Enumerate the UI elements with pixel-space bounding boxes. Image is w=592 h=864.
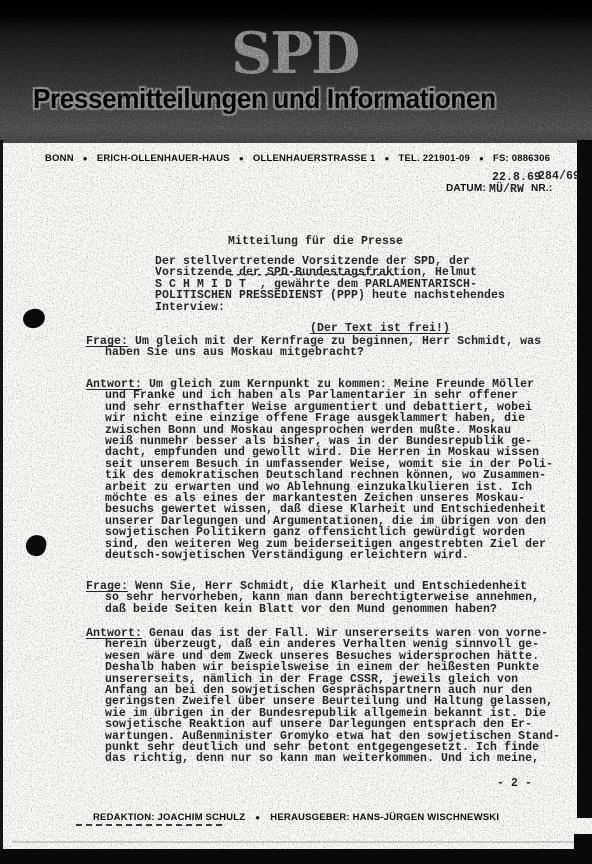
nr-value: 284/69 bbox=[538, 171, 580, 182]
row-item: BONN bbox=[45, 153, 74, 164]
masthead-noise-texture bbox=[0, 0, 592, 143]
frage-block: Frage: Wenn Sie, Herr Schmidt, die Klarh… bbox=[86, 581, 539, 615]
row-item: HERAUSGEBER: HANS-JÜRGEN WISCHNEWSKI bbox=[270, 812, 499, 823]
text-line: das richtig, denn nur so kann man weiter… bbox=[105, 753, 560, 764]
address-line: BONN●ERICH-OLLENHAUER-HAUS●OLLENHAUERSTR… bbox=[45, 153, 550, 164]
press-release-page: SPD Pressemitteilungen und Informationen… bbox=[0, 0, 592, 864]
datum-label: DATUM: bbox=[446, 183, 486, 194]
doc-title-text: Mitteilung für die Presse bbox=[228, 236, 403, 247]
punch-hole-bottom bbox=[24, 534, 47, 558]
text-line: sowjetischen Politikern ganz offensichtl… bbox=[105, 527, 553, 538]
datum-code: MÜ/RW bbox=[489, 184, 524, 195]
masthead: SPD Pressemitteilungen und Informationen bbox=[0, 0, 592, 143]
frage-block: Frage: Um gleich mit der Kernfrage zu be… bbox=[86, 336, 541, 359]
scan-smudge-line bbox=[12, 841, 578, 843]
footer-imprint: REDAKTION: JOACHIM SCHULZ●HERAUSGEBER: H… bbox=[93, 812, 499, 823]
intro-line: POLITISCHEN PRESSEDIENST (PPP) heute nac… bbox=[155, 290, 505, 301]
antwort-block: Antwort: Um gleich zum Kernpunkt zu komm… bbox=[86, 379, 553, 562]
text-line: deutsch-sowjetischen Verständigung erlei… bbox=[105, 550, 553, 561]
row-item: FS: 0886306 bbox=[493, 153, 550, 164]
row-item: OLLENHAUERSTRASSE 1 bbox=[253, 153, 376, 164]
scan-dash-artifact bbox=[76, 824, 222, 826]
page-number: - 2 - bbox=[497, 778, 532, 789]
nr-label: NR.: bbox=[531, 183, 552, 194]
text-line: sowjetische Reaktion auf unsere Darlegun… bbox=[105, 719, 560, 730]
datum-value: 22.8.69 bbox=[492, 172, 541, 183]
bullet-separator: ● bbox=[255, 813, 260, 823]
row-item: ERICH-OLLENHAUER-HAUS bbox=[97, 153, 230, 164]
scan-band-bottom bbox=[0, 849, 592, 864]
intro-paragraph: Der stellvertretende Vorsitzende der SPD… bbox=[155, 256, 505, 313]
free-note-text: (Der Text ist frei!) bbox=[310, 322, 450, 335]
text-line: haben Sie uns aus Moskau mitgebracht? bbox=[105, 347, 541, 358]
row-item: TEL. 221901-09 bbox=[398, 153, 469, 164]
bullet-separator: ● bbox=[83, 154, 88, 164]
bullet-separator: ● bbox=[239, 154, 244, 164]
scan-edge-left bbox=[0, 140, 3, 864]
text-line: wir nicht eine einzige offene Frage ausg… bbox=[105, 413, 553, 424]
antwort-block: Antwort: Genau das ist der Fall. Wir uns… bbox=[86, 628, 560, 765]
row-item: REDAKTION: JOACHIM SCHULZ bbox=[93, 812, 245, 823]
bullet-separator: ● bbox=[384, 154, 389, 164]
text-line: Deshalb haben wir beispielsweise in eine… bbox=[105, 662, 560, 673]
punch-hole-top bbox=[21, 307, 47, 331]
text-line: daß beide Seiten kein Blatt vor den Mund… bbox=[105, 604, 539, 615]
text-line: tik des demokratischen Deutschland rechn… bbox=[105, 470, 553, 481]
scan-edge-right bbox=[577, 140, 592, 818]
bullet-separator: ● bbox=[479, 154, 484, 164]
